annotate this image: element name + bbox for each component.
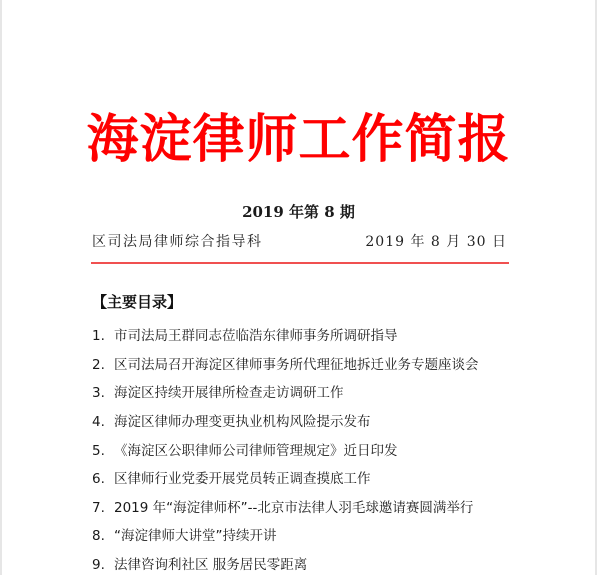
toc-item-text: 海淀区律师办理变更执业机构风险提示发布 (114, 412, 371, 432)
toc-item[interactable]: 4. 海淀区律师办理变更执业机构风险提示发布 (92, 408, 532, 437)
toc-item-number: 4. (92, 412, 114, 432)
toc-item-number: 6. (92, 469, 114, 489)
toc-item-number: 7. (92, 498, 114, 518)
toc-item-text: 市司法局王群同志莅临浩东律师事务所调研指导 (114, 326, 398, 346)
toc-item-number: 3. (92, 383, 114, 403)
toc-item[interactable]: 9. 法律咨询利社区 服务居民零距离 (92, 551, 532, 575)
toc-item[interactable]: 7. 2019 年“海淀律师杯”--北京市法律人羽毛球邀请赛圆满举行 (92, 494, 532, 523)
toc-item-text: 法律咨询利社区 服务居民零距离 (114, 555, 307, 575)
toc-item[interactable]: 6. 区律师行业党委开展党员转正调查摸底工作 (92, 465, 532, 494)
toc-item[interactable]: 5. 《海淀区公职律师公司律师管理规定》近日印发 (92, 436, 532, 465)
meta-row: 区司法局律师综合指导科 2019 年 8 月 30 日 (92, 232, 507, 252)
issue-date: 2019 年 8 月 30 日 (365, 232, 507, 252)
toc-item-number: 9. (92, 555, 114, 575)
toc-item[interactable]: 2. 区司法局召开海淀区律师事务所代理征地拆迁业务专题座谈会 (92, 351, 532, 380)
toc-item-text: 区司法局召开海淀区律师事务所代理征地拆迁业务专题座谈会 (114, 355, 479, 375)
toc-item-number: 2. (92, 355, 114, 375)
toc-item-text: 海淀区持续开展律所检查走访调研工作 (114, 383, 344, 403)
issue-number: 2019 年第 8 期 (0, 202, 597, 222)
toc-item-text: 《海淀区公职律师公司律师管理规定》近日印发 (114, 441, 398, 461)
toc-item[interactable]: 1. 市司法局王群同志莅临浩东律师事务所调研指导 (92, 322, 532, 351)
toc-item-number: 8. (92, 526, 114, 546)
toc-list: 1. 市司法局王群同志莅临浩东律师事务所调研指导 2. 区司法局召开海淀区律师事… (92, 322, 532, 575)
masthead-title: 海淀律师工作简报 (0, 108, 597, 172)
red-divider (91, 262, 509, 264)
toc-heading: 【主要目录】 (92, 292, 182, 312)
toc-item-text: 区律师行业党委开展党员转正调查摸底工作 (114, 469, 371, 489)
toc-item[interactable]: 8. “海淀律师大讲堂”持续开讲 (92, 522, 532, 551)
toc-item-number: 1. (92, 326, 114, 346)
page-border-left (0, 0, 2, 575)
toc-item-number: 5. (92, 441, 114, 461)
issuing-department: 区司法局律师综合指导科 (92, 232, 263, 252)
toc-item-text: 2019 年“海淀律师杯”--北京市法律人羽毛球邀请赛圆满举行 (114, 498, 473, 518)
toc-item[interactable]: 3. 海淀区持续开展律所检查走访调研工作 (92, 379, 532, 408)
toc-item-text: “海淀律师大讲堂”持续开讲 (114, 526, 277, 546)
